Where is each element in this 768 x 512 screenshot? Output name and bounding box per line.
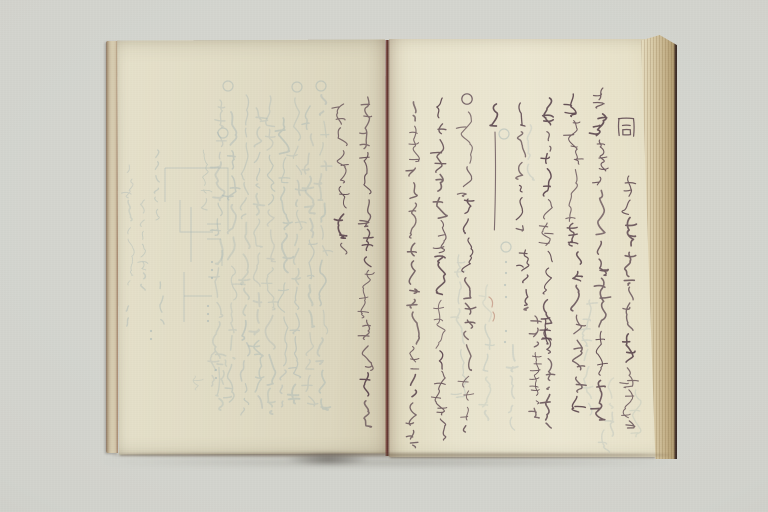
left-page [117,39,387,454]
gutter-bottom-shadow [286,452,370,466]
photo-backdrop: Photograph of an open Japanese manuscrip… [0,0,768,512]
book-gutter [385,40,390,456]
right-page [389,39,656,457]
book-shadow [96,456,676,468]
page-bottom-shadow [112,453,670,457]
left-page-edge-stack [106,41,118,453]
scene-caption: Photograph of an open Japanese manuscrip… [0,0,1,1]
